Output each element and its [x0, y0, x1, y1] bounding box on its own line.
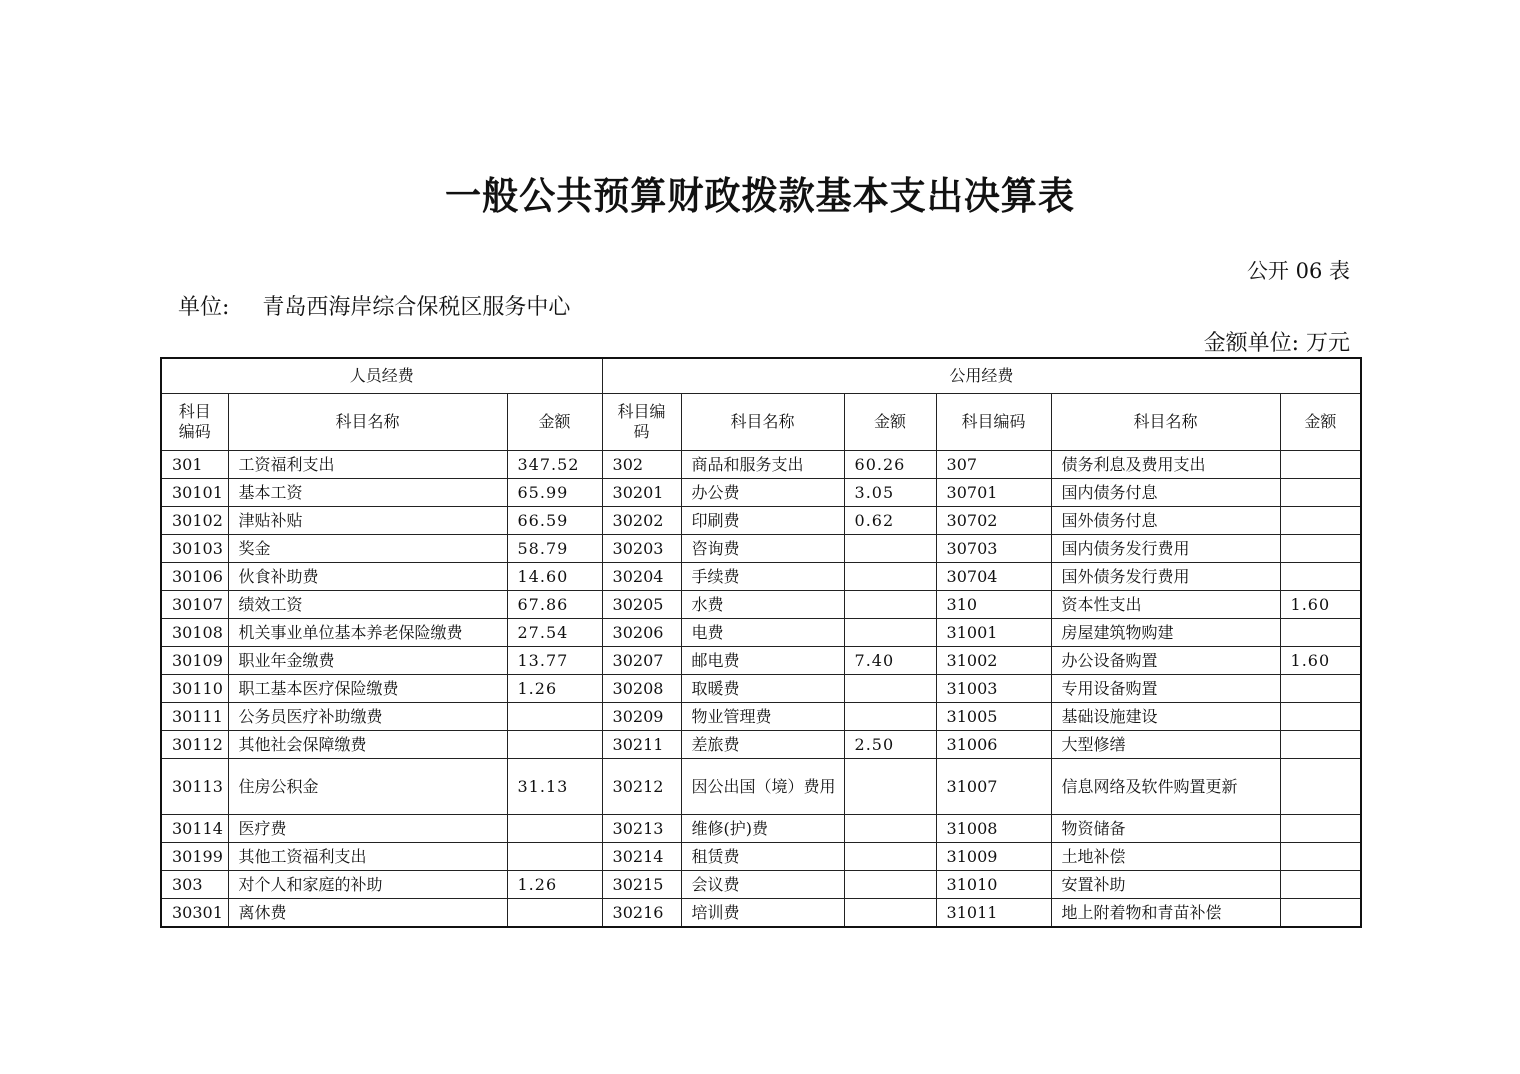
cell-personnel-code: 30114 [161, 815, 228, 843]
cell-personnel-name: 其他社会保障缴费 [228, 731, 507, 759]
table-row: 30101基本工资65.9930201办公费3.0530701国内债务付息 [161, 479, 1361, 507]
cell-public2-amount [1280, 871, 1361, 899]
group-header-public: 公用经费 [602, 358, 1361, 394]
cell-personnel-code: 30106 [161, 563, 228, 591]
cell-public1-code: 30202 [602, 507, 681, 535]
cell-public1-name: 水费 [681, 591, 844, 619]
header-public1-name: 科目名称 [681, 394, 844, 451]
cell-personnel-name: 绩效工资 [228, 591, 507, 619]
table-row: 30107绩效工资67.8630205水费310资本性支出1.60 [161, 591, 1361, 619]
cell-personnel-name: 奖金 [228, 535, 507, 563]
cell-public2-amount [1280, 451, 1361, 479]
cell-public1-name: 手续费 [681, 563, 844, 591]
cell-personnel-name: 医疗费 [228, 815, 507, 843]
cell-public1-code: 30213 [602, 815, 681, 843]
cell-personnel-code: 30103 [161, 535, 228, 563]
cell-public2-amount [1280, 731, 1361, 759]
unit-label: 单位: [178, 295, 229, 320]
cell-public2-code: 31009 [936, 843, 1051, 871]
group-header-personnel: 人员经费 [161, 358, 602, 394]
cell-public1-amount: 2.50 [844, 731, 936, 759]
cell-public2-code: 30702 [936, 507, 1051, 535]
cell-public2-name: 土地补偿 [1051, 843, 1280, 871]
cell-personnel-amount [507, 815, 602, 843]
cell-personnel-code: 30111 [161, 703, 228, 731]
cell-personnel-amount: 27.54 [507, 619, 602, 647]
cell-public1-amount [844, 843, 936, 871]
cell-public1-amount [844, 675, 936, 703]
cell-public1-name: 取暖费 [681, 675, 844, 703]
budget-table: 人员经费 公用经费 科目编码 科目名称 金额 科目编码 科目名称 金额 科目编码… [160, 357, 1362, 928]
cell-public1-name: 培训费 [681, 899, 844, 928]
cell-public1-amount [844, 815, 936, 843]
cell-public1-name: 因公出国（境）费用 [681, 759, 844, 815]
cell-personnel-amount [507, 843, 602, 871]
cell-personnel-amount: 67.86 [507, 591, 602, 619]
header-public2-name: 科目名称 [1051, 394, 1280, 451]
cell-public1-code: 30207 [602, 647, 681, 675]
cell-public2-code: 31007 [936, 759, 1051, 815]
cell-personnel-amount: 1.26 [507, 675, 602, 703]
page-title: 一般公共预算财政拨款基本支出决算表 [38, 165, 1482, 220]
unit-line: 单位: 青岛西海岸综合保税区服务中心 [178, 290, 570, 321]
header-personnel-amount: 金额 [507, 394, 602, 451]
cell-public2-code: 30704 [936, 563, 1051, 591]
cell-personnel-amount: 65.99 [507, 479, 602, 507]
cell-personnel-code: 30108 [161, 619, 228, 647]
cell-public2-amount: 1.60 [1280, 647, 1361, 675]
cell-public1-code: 30205 [602, 591, 681, 619]
cell-public1-name: 印刷费 [681, 507, 844, 535]
cell-personnel-amount: 14.60 [507, 563, 602, 591]
cell-personnel-amount: 31.13 [507, 759, 602, 815]
cell-public2-code: 31005 [936, 703, 1051, 731]
cell-personnel-name: 伙食补助费 [228, 563, 507, 591]
cell-public2-amount [1280, 759, 1361, 815]
cell-personnel-name: 离休费 [228, 899, 507, 928]
table-row: 30106伙食补助费14.6030204手续费30704国外债务发行费用 [161, 563, 1361, 591]
cell-public2-code: 31001 [936, 619, 1051, 647]
cell-personnel-name: 对个人和家庭的补助 [228, 871, 507, 899]
cell-public1-amount [844, 899, 936, 928]
cell-public2-name: 基础设施建设 [1051, 703, 1280, 731]
cell-public2-code: 310 [936, 591, 1051, 619]
cell-public1-name: 咨询费 [681, 535, 844, 563]
cell-personnel-code: 30113 [161, 759, 228, 815]
header-public2-amount: 金额 [1280, 394, 1361, 451]
cell-personnel-name: 基本工资 [228, 479, 507, 507]
cell-public1-code: 30204 [602, 563, 681, 591]
table-row: 30114医疗费30213维修(护)费31008物资储备 [161, 815, 1361, 843]
column-header-row: 科目编码 科目名称 金额 科目编码 科目名称 金额 科目编码 科目名称 金额 [161, 394, 1361, 451]
cell-personnel-name: 职业年金缴费 [228, 647, 507, 675]
table-row: 30108机关事业单位基本养老保险缴费27.5430206电费31001房屋建筑… [161, 619, 1361, 647]
cell-public2-name: 大型修缮 [1051, 731, 1280, 759]
cell-personnel-amount: 66.59 [507, 507, 602, 535]
header-personnel-code: 科目编码 [161, 394, 228, 451]
cell-public2-name: 国内债务付息 [1051, 479, 1280, 507]
cell-public1-name: 维修(护)费 [681, 815, 844, 843]
group-header-row: 人员经费 公用经费 [161, 358, 1361, 394]
cell-public2-name: 债务利息及费用支出 [1051, 451, 1280, 479]
table-row: 30110职工基本医疗保险缴费1.2630208取暖费31003专用设备购置 [161, 675, 1361, 703]
cell-personnel-code: 303 [161, 871, 228, 899]
cell-public2-amount [1280, 507, 1361, 535]
cell-public1-name: 电费 [681, 619, 844, 647]
cell-personnel-amount [507, 703, 602, 731]
cell-personnel-code: 30107 [161, 591, 228, 619]
cell-public1-amount: 7.40 [844, 647, 936, 675]
cell-public1-code: 30214 [602, 843, 681, 871]
cell-personnel-name: 机关事业单位基本养老保险缴费 [228, 619, 507, 647]
cell-public1-amount: 0.62 [844, 507, 936, 535]
cell-public2-name: 国外债务付息 [1051, 507, 1280, 535]
cell-public2-code: 31011 [936, 899, 1051, 928]
cell-personnel-code: 30102 [161, 507, 228, 535]
cell-personnel-name: 工资福利支出 [228, 451, 507, 479]
cell-personnel-code: 30109 [161, 647, 228, 675]
cell-personnel-amount: 13.77 [507, 647, 602, 675]
cell-public1-amount [844, 535, 936, 563]
table-row: 30112其他社会保障缴费30211差旅费2.5031006大型修缮 [161, 731, 1361, 759]
cell-personnel-code: 30112 [161, 731, 228, 759]
cell-public2-name: 信息网络及软件购置更新 [1051, 759, 1280, 815]
cell-public1-code: 30206 [602, 619, 681, 647]
cell-public2-amount: 1.60 [1280, 591, 1361, 619]
cell-personnel-amount: 1.26 [507, 871, 602, 899]
cell-public1-name: 邮电费 [681, 647, 844, 675]
cell-public2-amount [1280, 703, 1361, 731]
cell-public2-name: 国外债务发行费用 [1051, 563, 1280, 591]
cell-public2-name: 房屋建筑物购建 [1051, 619, 1280, 647]
cell-public2-name: 物资储备 [1051, 815, 1280, 843]
cell-public2-code: 30703 [936, 535, 1051, 563]
cell-public1-amount [844, 703, 936, 731]
cell-public1-amount [844, 759, 936, 815]
header-public1-amount: 金额 [844, 394, 936, 451]
cell-public2-amount [1280, 899, 1361, 928]
table-row: 30301离休费30216培训费31011地上附着物和青苗补偿 [161, 899, 1361, 928]
cell-personnel-amount [507, 731, 602, 759]
money-unit: 金额单位: 万元 [1204, 326, 1350, 357]
cell-public2-amount [1280, 563, 1361, 591]
cell-public1-name: 租赁费 [681, 843, 844, 871]
cell-public1-amount [844, 591, 936, 619]
table-row: 301工资福利支出347.52302商品和服务支出60.26307债务利息及费用… [161, 451, 1361, 479]
cell-public2-name: 安置补助 [1051, 871, 1280, 899]
cell-public2-amount [1280, 535, 1361, 563]
cell-public1-amount [844, 563, 936, 591]
cell-public1-code: 30216 [602, 899, 681, 928]
cell-public2-code: 30701 [936, 479, 1051, 507]
cell-public2-code: 31002 [936, 647, 1051, 675]
cell-public2-name: 国内债务发行费用 [1051, 535, 1280, 563]
cell-public1-amount: 3.05 [844, 479, 936, 507]
cell-personnel-name: 公务员医疗补助缴费 [228, 703, 507, 731]
cell-personnel-name: 津贴补贴 [228, 507, 507, 535]
cell-personnel-code: 30199 [161, 843, 228, 871]
cell-public2-name: 办公设备购置 [1051, 647, 1280, 675]
header-public2-code: 科目编码 [936, 394, 1051, 451]
cell-public1-code: 30211 [602, 731, 681, 759]
cell-public2-amount [1280, 815, 1361, 843]
cell-public2-name: 地上附着物和青苗补偿 [1051, 899, 1280, 928]
cell-personnel-code: 30301 [161, 899, 228, 928]
cell-personnel-code: 30110 [161, 675, 228, 703]
table-row: 30109职业年金缴费13.7730207邮电费7.4031002办公设备购置1… [161, 647, 1361, 675]
cell-public1-code: 30209 [602, 703, 681, 731]
cell-public2-code: 31006 [936, 731, 1051, 759]
cell-public1-code: 30208 [602, 675, 681, 703]
cell-personnel-code: 30101 [161, 479, 228, 507]
cell-public1-name: 物业管理费 [681, 703, 844, 731]
header-public1-code: 科目编码 [602, 394, 681, 451]
cell-public1-amount [844, 619, 936, 647]
cell-public1-name: 差旅费 [681, 731, 844, 759]
cell-public1-code: 30203 [602, 535, 681, 563]
table-body: 301工资福利支出347.52302商品和服务支出60.26307债务利息及费用… [161, 451, 1361, 928]
cell-public1-name: 会议费 [681, 871, 844, 899]
cell-public2-name: 专用设备购置 [1051, 675, 1280, 703]
cell-public1-name: 商品和服务支出 [681, 451, 844, 479]
cell-personnel-code: 301 [161, 451, 228, 479]
cell-public2-code: 31003 [936, 675, 1051, 703]
cell-public2-amount [1280, 619, 1361, 647]
cell-public2-amount [1280, 675, 1361, 703]
cell-public2-amount [1280, 479, 1361, 507]
cell-public2-code: 31010 [936, 871, 1051, 899]
cell-personnel-name: 其他工资福利支出 [228, 843, 507, 871]
table-row: 30103奖金58.7930203咨询费30703国内债务发行费用 [161, 535, 1361, 563]
cell-public1-code: 30201 [602, 479, 681, 507]
cell-personnel-amount [507, 899, 602, 928]
cell-public1-amount [844, 871, 936, 899]
cell-public1-amount: 60.26 [844, 451, 936, 479]
table-id: 公开 06 表 [1247, 255, 1350, 285]
cell-personnel-amount: 347.52 [507, 451, 602, 479]
table-row: 30199其他工资福利支出30214租赁费31009土地补偿 [161, 843, 1361, 871]
cell-public2-code: 31008 [936, 815, 1051, 843]
cell-public1-code: 30212 [602, 759, 681, 815]
table-row: 30113住房公积金31.1330212因公出国（境）费用31007信息网络及软… [161, 759, 1361, 815]
cell-personnel-name: 住房公积金 [228, 759, 507, 815]
cell-public2-code: 307 [936, 451, 1051, 479]
cell-public1-name: 办公费 [681, 479, 844, 507]
cell-public2-name: 资本性支出 [1051, 591, 1280, 619]
cell-public1-code: 30215 [602, 871, 681, 899]
table-row: 30111公务员医疗补助缴费30209物业管理费31005基础设施建设 [161, 703, 1361, 731]
cell-personnel-amount: 58.79 [507, 535, 602, 563]
cell-public2-amount [1280, 843, 1361, 871]
cell-personnel-name: 职工基本医疗保险缴费 [228, 675, 507, 703]
table-row: 30102津贴补贴66.5930202印刷费0.6230702国外债务付息 [161, 507, 1361, 535]
table-row: 303对个人和家庭的补助1.2630215会议费31010安置补助 [161, 871, 1361, 899]
cell-public1-code: 302 [602, 451, 681, 479]
unit-name: 青岛西海岸综合保税区服务中心 [262, 295, 570, 320]
header-personnel-name: 科目名称 [228, 394, 507, 451]
